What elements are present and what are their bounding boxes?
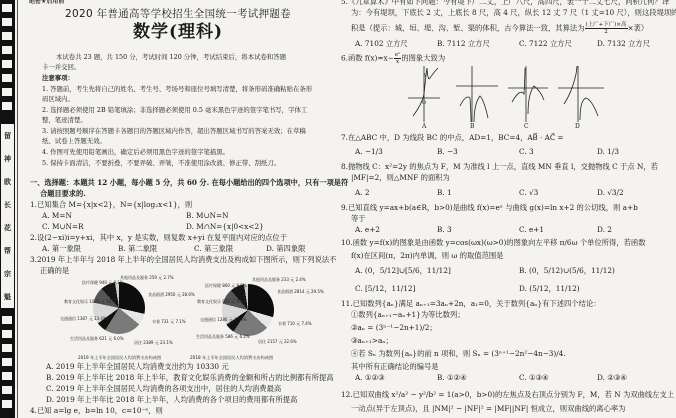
question-1: 1.已知集合 M={x|x<2}，N={x|log₂x<1}，则 xyxy=(30,200,192,210)
question-12: 12.已知双曲线 x²/a² − y²/b² = 1(a>0，b>0)的左焦点及… xyxy=(341,390,674,400)
note-item: 3. 请按照题号顺序在答题卡各题目的答题区域内作答，超出答题区域书写的答案无效；… xyxy=(42,126,306,136)
question-stem: 为：今有堤坝，下底长 2 丈，上底长 8 尺，高 4 尺，纵长 12 丈 7 尺… xyxy=(351,8,676,18)
question-number: 4. xyxy=(30,406,37,415)
option-a[interactable]: A. 第一象限 xyxy=(42,244,81,254)
question-stem: 设(2−xi)i=y+xi，其中 x，y 是实数，则复数 x+yi 在复平面内对… xyxy=(37,233,287,242)
question-stem: 函数 y=f(x)的图象是由函数 y=cos(ωx)(ω>0)的图象向左平移 π… xyxy=(353,238,646,247)
option-c[interactable]: C. ①③④ xyxy=(519,373,549,383)
option-d[interactable]: D. 第四象限 xyxy=(266,244,305,254)
question-5: 5.《九章算术》中有如下问题：今有堤下广二丈，上广八尺，高四尺，袤一十二丈七尺，… xyxy=(341,0,669,7)
question-2: 2.设(2−xi)i=y+xi，其中 x，y 是实数，则复数 x+yi 在复平面… xyxy=(30,233,287,243)
note-item: 1. 答题前，考生先将自己的姓名、考生号、考场号和座位号填写清楚，将条形码准确粘… xyxy=(42,84,312,94)
strip-block xyxy=(2,60,12,68)
statement: ④若 Sₙ 为数列{aₙ}的前 n 项和，则 Sₙ = (3ⁿ⁺¹−2n²−4n… xyxy=(351,349,566,359)
option-c[interactable]: C. √3 xyxy=(519,188,538,198)
strip-block xyxy=(2,344,12,352)
question-tail: 其中所有正确结论的编号是 xyxy=(351,362,439,372)
question-number: 12. xyxy=(341,390,353,399)
strip-block xyxy=(2,358,12,366)
note-item: 4. 作图可先使用铅笔画出，确定后必须用黑色字迹的签字笔描黑。 xyxy=(42,147,229,157)
strip-block xyxy=(2,18,12,26)
option-c[interactable]: C. 7122 立方尺 xyxy=(519,39,572,49)
question-stem: 2019 年上半年与 2018 年上半年的全国居民人均消费支出及构成如下图所示，… xyxy=(37,255,337,264)
question-stem: 已知双曲线 x²/a² − y²/b² = 1(a>0，b>0)的左焦点及右顶点… xyxy=(353,390,674,399)
question-stem: 《九章算术》中有如下问题：今有堤下广二丈，上广八尺，高四尺，袤一十二丈七尺，问积… xyxy=(348,0,669,6)
question-stem: |MF|=2，则△MNF 的面积为 xyxy=(351,173,450,183)
option-a[interactable]: A. (0，5/12]∪[5/6，11/12] xyxy=(355,266,451,276)
strip-block xyxy=(2,330,12,338)
pie-label: 交通通信 1286 元 13.4% xyxy=(200,318,247,323)
strip-block xyxy=(2,400,12,408)
stem-text: 函数 f(x)=x− xyxy=(348,54,394,63)
pie-label: 生活用品及服务 586 元 6.2% xyxy=(196,335,250,340)
fraction: (上广+下广)×高2 xyxy=(585,22,628,35)
pie-label: 生活用品及服务 621 元 6.0% xyxy=(70,337,124,342)
exam-page: 留 神 欧 长 花 帮 宗 魁 绝密★启用前 2020 年普通高等学校招生全国统… xyxy=(0,0,676,418)
option-d[interactable]: D. 7132 立方尺 xyxy=(597,39,650,49)
stem-text: ×袤） xyxy=(628,24,649,33)
strip-label: 长 xyxy=(2,201,13,209)
strip-label: 神 xyxy=(2,155,13,163)
question-stem: 已知直线 y=ax+b(a∈R，b>0)是曲线 f(x)=eˣ 与曲线 g(x)… xyxy=(348,203,638,212)
option-b[interactable]: B. −3 xyxy=(437,147,458,157)
option-b[interactable]: B. 3 xyxy=(437,225,452,235)
stem-text: 积是（提示：城、垣、堤、沟、堑、渠的体积，古今算法一致，其算法为 xyxy=(351,24,585,33)
option-d[interactable]: D. 2 xyxy=(597,225,612,235)
statement: ②aₙ = (3ⁿ⁻¹−2n+1)/2； xyxy=(351,323,437,333)
question-7: 7.在△ABC 中，D 为线段 BC 的中点，AD=1，BC=4，AB⃗ · A… xyxy=(341,133,563,143)
question-stem: 已知集合 M={x|x<2}，N={x|log₂x<1}，则 xyxy=(37,200,192,209)
question-stem: 等于 xyxy=(351,214,366,224)
intro-text: 本试卷共 23 题，共 150 分，考试时间 120 分钟，考试结束后，将本试卷… xyxy=(56,52,286,62)
note-item: 5. 保持卡面清洁，不要折叠，不要弄破、弄皱，不准使用涂改液、修正带、刮纸刀。 xyxy=(42,158,280,168)
pie-label: 居住 2389 元 23.1% xyxy=(134,341,173,346)
pie-label: 医疗保健 860 元 9.0% xyxy=(205,284,247,289)
pie-label: 食品烟酒 2814 元 29.5% xyxy=(277,290,324,295)
svg-text:y: y xyxy=(423,72,427,78)
question-stem: 正确的是 xyxy=(40,266,69,276)
question-3: 3.2019 年上半年与 2018 年上半年的全国居民人均消费支出及构成如下图所… xyxy=(30,255,336,265)
statement: ③aₙ₊₁>aₙ； xyxy=(351,336,393,346)
pie-label: 其他用品及服务 259 元 2.7% xyxy=(120,276,174,281)
graph-label[interactable]: D xyxy=(575,123,580,130)
question-stem: 一动点(异于左顶点)，且 |NM|² − |NF|² = |MF||NF| 恒成… xyxy=(351,404,625,414)
question-number: 2. xyxy=(30,233,37,242)
pie-label: 食品烟酒 2950 元 28.6% xyxy=(148,293,195,298)
option-c[interactable]: C. e+1 xyxy=(519,225,544,235)
strip-block xyxy=(2,102,12,110)
question-number: 10. xyxy=(341,238,353,247)
question-stem: 抛物线 C：x²=2y 的焦点为 F，M 为准线 l 上一点，直线 MN 垂直 … xyxy=(348,162,658,171)
strip-label: 欧 xyxy=(2,178,13,186)
strip-block xyxy=(2,372,12,380)
pie-label: 教育文化娱乐 932 元 9.7% xyxy=(197,300,247,305)
option-d[interactable]: D. M∩N={x|0<x<2} xyxy=(186,222,264,232)
note-item: 整，笔迹清楚。 xyxy=(42,115,87,125)
option-a[interactable]: A. e+2 xyxy=(355,225,380,235)
strip-label-area xyxy=(1,124,14,308)
section-title: 一、选择题：本题共 12 小题，每小题 5 分，共 60 分. 在每小题给出的四… xyxy=(30,178,348,188)
note-item: 纸、试卷上答题无效。 xyxy=(42,136,106,146)
pie-label: 衣着 731 元 7.1% xyxy=(152,320,186,325)
question-number: 11. xyxy=(341,299,353,308)
pie-label: 医疗保健 940 元 9.1% xyxy=(82,281,124,286)
question-stem: 积是（提示：城、垣、堤、沟、堑、渠的体积，古今算法一致，其算法为(上广+下广)×… xyxy=(351,22,648,35)
option-a[interactable]: A. 2019 年上半年全国居民人均消费支出约为 10330 元 xyxy=(46,362,229,372)
option-d[interactable]: D. √3/2 xyxy=(597,188,624,198)
option-c[interactable]: C. [5/12，11/12] xyxy=(355,284,415,294)
question-number: 9. xyxy=(341,203,348,212)
note-item: 码区域内。 xyxy=(42,94,74,104)
question-number: 7. xyxy=(341,133,348,142)
option-b[interactable]: B. 7112 立方尺 xyxy=(437,39,490,49)
chart-caption: 2018 年上半年全国居民人均消费支出构成图 xyxy=(190,355,273,361)
question-4: 4.已知 a=lg e，b=ln 10，c=10⁻ᵉ，则 xyxy=(30,406,163,416)
note-item: 2. 选择题必须使用 2B 铅笔填涂；非选择题必须使用 0.5 毫米黑色字迹的签… xyxy=(42,105,307,115)
intro-text: 卡一并交回。 xyxy=(42,62,80,72)
option-b[interactable]: B. 1 xyxy=(437,188,452,198)
binding-strip: 留 神 欧 长 花 帮 宗 魁 xyxy=(0,0,15,418)
pie-label: 交通通信 1387 元 13.4% xyxy=(60,317,107,322)
fraction-numerator: (上广+下广)×高 xyxy=(585,22,628,29)
option-b[interactable]: B. 第二象限 xyxy=(118,244,157,254)
option-a[interactable]: A. 2 xyxy=(355,188,370,198)
svg-text:O: O xyxy=(422,100,426,106)
strip-block xyxy=(2,32,12,40)
option-d[interactable]: D. ②③④ xyxy=(597,373,627,383)
option-d[interactable]: D. 2019 年上半年比 2018 年上半年，人均消费的各个项目的费用都有所提… xyxy=(46,395,297,405)
option-c[interactable]: C. M∪N=R xyxy=(42,222,84,232)
option-b[interactable]: B. M∪N=N xyxy=(186,211,228,221)
corner-tag: 绝密★启用前 xyxy=(29,0,64,5)
strip-block xyxy=(2,46,12,54)
question-stem: 在△ABC 中，D 为线段 BC 的中点，AD=1，BC=4，AB⃗ · AC⃗… xyxy=(348,133,563,142)
strip-label: 魁 xyxy=(2,293,13,301)
graph-label[interactable]: B xyxy=(470,123,474,130)
section-title: 合题目要求的. xyxy=(40,189,86,199)
fraction-denominator: 2 xyxy=(585,29,628,35)
strip-label: 花 xyxy=(2,224,13,232)
strip-label: 留 xyxy=(2,132,13,140)
question-8: 8.抛物线 C：x²=2y 的焦点为 F，M 为准线 l 上一点，直线 MN 垂… xyxy=(341,162,658,172)
chart-caption: 2019 年上半年全国居民人均消费支出构成图 xyxy=(78,355,161,361)
pie-label: 居住 2157 元 22.6% xyxy=(258,340,297,345)
option-a[interactable]: A. ①②③ xyxy=(355,373,385,383)
question-number: 5. xyxy=(341,0,348,6)
strip-block xyxy=(2,74,12,82)
question-stem: 已知数列{aₙ}满足 aₙ₊₁=3aₙ+2n，a₁=0，关于数列{aₙ}有下述四… xyxy=(353,299,601,308)
strip-block xyxy=(2,386,12,394)
strip-block xyxy=(2,316,12,324)
stem-text: 的图象大致为 xyxy=(401,54,445,63)
graph-label[interactable]: C xyxy=(524,123,529,130)
question-10: 10.函数 y=f(x)的图象是由函数 y=cos(ωx)(ω>0)的图象向左平… xyxy=(341,238,646,248)
margin-line xyxy=(17,0,18,418)
question-number: 3. xyxy=(30,255,37,264)
option-c[interactable]: C. 2019 年上半年全国居民人均消费的各项支出中，居住的人均消费最高 xyxy=(46,384,281,394)
question-number: 8. xyxy=(341,162,348,171)
strip-block xyxy=(2,4,12,12)
option-d[interactable]: D. (5/12，11/12) xyxy=(519,284,580,294)
option-c[interactable]: C. 3 xyxy=(519,147,534,157)
question-stem: f(x)在区间(π，2π)内单调，则 ω 的取值范围是 xyxy=(351,251,503,261)
pie-label: 衣着 710 元 7.4% xyxy=(278,322,312,327)
strip-block xyxy=(2,88,12,96)
option-b[interactable]: B. (0，5/12)∪(5/6，11/12) xyxy=(519,266,615,276)
pie-label: 教育文化娱乐 1023 元 10.0% xyxy=(64,300,119,305)
question-stem: 已知 a=lg e，b=ln 10，c=10⁻ᵉ，则 xyxy=(37,406,163,415)
option-d[interactable]: D. 1/3 xyxy=(597,147,619,157)
option-a[interactable]: A. M=N xyxy=(42,211,72,221)
graph-label[interactable]: A xyxy=(422,123,426,130)
strip-label: 帮 xyxy=(2,247,13,255)
exam-title: 2020 年普通高等学校招生全国统一考试押题卷 xyxy=(26,9,330,19)
option-b[interactable]: B. 2019 年上半年比 2018 年上半年，教育文化娱乐消费的金额和所占的比… xyxy=(46,373,334,383)
question-11: 11.已知数列{aₙ}满足 aₙ₊₁=3aₙ+2n，a₁=0，关于数列{aₙ}有… xyxy=(341,299,601,309)
option-c[interactable]: C. 第三象限 xyxy=(194,244,233,254)
pie-label: 其他用品及服务 233 元 2.4% xyxy=(252,278,306,283)
option-a[interactable]: A. −1/3 xyxy=(355,147,383,157)
option-a[interactable]: A. 7102 立方尺 xyxy=(355,39,408,49)
function-graphs: y O xyxy=(408,64,648,126)
subject-title: 数学(理科) xyxy=(26,27,330,37)
statement: ①数列{aₙ₊₁−aₙ+1}为等比数列； xyxy=(351,310,465,320)
question-number: 6. xyxy=(341,54,348,63)
question-9: 9.已知直线 y=ax+b(a∈R，b>0)是曲线 f(x)=eˣ 与曲线 g(… xyxy=(341,203,638,213)
option-b[interactable]: B. ①②④ xyxy=(437,373,467,383)
notes-title: 注意事项： xyxy=(42,73,74,83)
strip-label: 宗 xyxy=(2,270,13,278)
question-number: 1. xyxy=(30,200,37,209)
